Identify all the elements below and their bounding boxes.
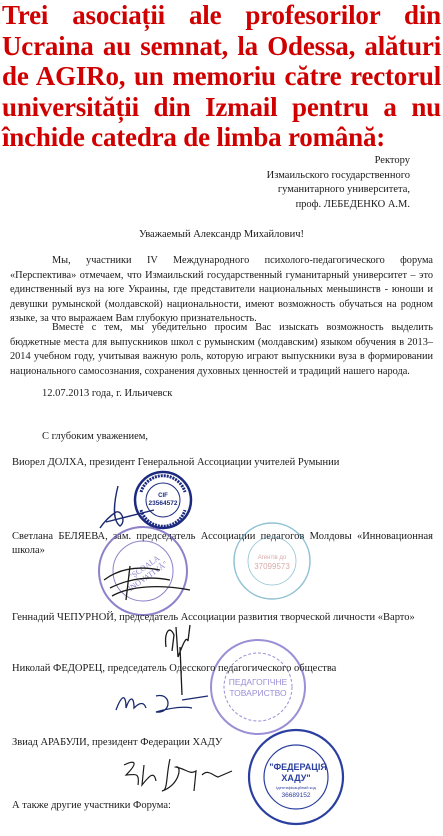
signature-fedorets — [112, 688, 212, 718]
signatory-3: Геннадий ЧЕПУРНОЙ, председатель Ассоциац… — [12, 612, 415, 623]
svg-text:ХАДУ": ХАДУ" — [281, 773, 310, 783]
addressee-line: Измаильского государственного — [267, 169, 410, 184]
addressee-line: Ректору — [267, 154, 410, 169]
svg-text:Агентів до: Агентів до — [258, 555, 287, 561]
svg-text:37099573: 37099573 — [254, 562, 290, 571]
salutation: Уважаемый Александр Михайлович! — [0, 229, 443, 240]
date-place: 12.07.2013 года, г. Ильичевск — [42, 388, 172, 399]
addressee-line: гуманитарного университета, — [267, 183, 410, 198]
addressee-line: проф. ЛЕБЕДЕНКО А.М. — [267, 198, 410, 213]
signatory-4: Николай ФЕДОРЕЦ, председатель Одесского … — [12, 663, 336, 674]
svg-text:Ідентифікаційний код: Ідентифікаційний код — [276, 785, 316, 790]
paragraph-text: Мы, участники IV Международного психолог… — [10, 254, 433, 327]
addressee-block: Ректору Измаильского государственного гу… — [267, 154, 410, 212]
svg-text:"ФЕДЕРАЦІЯ: "ФЕДЕРАЦІЯ — [269, 762, 327, 772]
svg-text:ПЕДАГОГІЧНЕ: ПЕДАГОГІЧНЕ — [229, 677, 288, 687]
paragraph-text: Вместе с тем, мы убедительно просим Вас … — [10, 321, 433, 379]
signature-beliaeva — [100, 560, 200, 605]
signatory-1: Виорел ДОЛХА, президент Генеральной Ассо… — [12, 457, 339, 468]
stamp-odesa-pedagogical-society: ПЕДАГОГІЧНЕ ТОВАРИСТВО — [208, 637, 308, 737]
signature-chepurnoi — [160, 617, 200, 697]
headline: Trei asociații ale profesorilor din Ucra… — [2, 0, 441, 153]
stamp-hadu-federation: "ФЕДЕРАЦІЯ ХАДУ" Ідентифікаційний код 36… — [246, 727, 346, 827]
letter-paragraph-1: Мы, участники IV Международного психолог… — [10, 254, 433, 327]
signatory-2: Светлана БЕЛЯЕВА, зам. председатель Ассо… — [12, 530, 433, 558]
stamp-varto: Агентів до 37099573 — [232, 521, 312, 601]
closing: С глубоким уважением, — [42, 431, 148, 442]
signatory-5: Звиад АРАБУЛИ, президент Федерации ХАДУ — [12, 737, 222, 748]
signature-arabuli — [120, 755, 235, 793]
svg-text:ТОВАРИСТВО: ТОВАРИСТВО — [229, 688, 287, 698]
letter-paragraph-2: Вместе с тем, мы убедительно просим Вас … — [10, 321, 433, 379]
footer-other-participants: А также другие участники Форума: — [12, 800, 171, 811]
svg-text:36689152: 36689152 — [282, 792, 311, 799]
svg-text:CIF: CIF — [158, 493, 168, 499]
